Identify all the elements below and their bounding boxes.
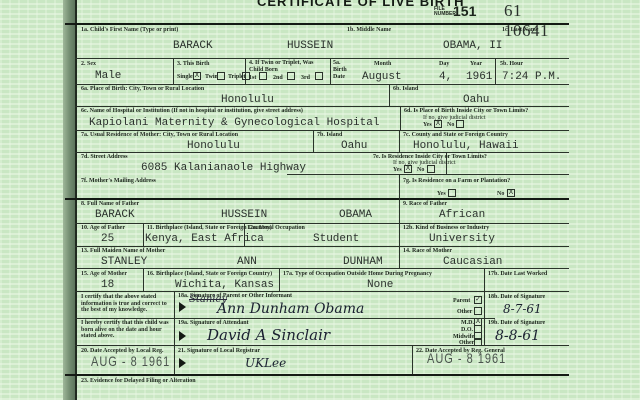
mother-birthplace-label: 16. Birthplace (Island, State or Foreign… <box>147 271 272 278</box>
third-born-checkbox[interactable] <box>315 72 323 80</box>
birth-certificate-form: CERTIFICATE OF LIVE BIRTH FILE NUMBER 15… <box>77 0 569 400</box>
vrule <box>313 130 314 152</box>
farm-label: 7g. Is Residence on a Farm or Plantation… <box>403 178 510 185</box>
rule-12 <box>75 318 495 319</box>
child-middle-name-label: 1b. Middle Name <box>347 27 391 34</box>
rule-3 <box>75 106 569 107</box>
residence-island: Oahu <box>341 140 367 152</box>
vrule <box>173 58 174 84</box>
father-middle-name: HUSSEIN <box>221 209 267 221</box>
farm-no-label: No <box>497 191 504 198</box>
residence-county: Honolulu, Hawaii <box>413 140 519 152</box>
rule-6 <box>287 174 569 175</box>
registrar-signature-label: 21. Signature of Local Registrar <box>178 348 260 355</box>
informant-other-label: Other <box>457 309 472 316</box>
twin-label: Twin <box>205 74 218 81</box>
residence-inside-no-checkbox[interactable] <box>427 165 435 173</box>
birth-no-label: No <box>447 122 454 129</box>
birth-city-label: 6a. Place of Birth: City, Town or Rural … <box>81 86 204 93</box>
father-birthplace: Kenya, East Africa <box>145 233 264 245</box>
evidence-label: 23. Evidence for Delayed Filing or Alter… <box>81 378 196 385</box>
informant-date-label: 18b. Date of Signature <box>488 294 545 301</box>
rule-4 <box>75 130 569 131</box>
registrar-arrow-icon <box>179 358 186 368</box>
mother-last-name: DUNHAM <box>343 256 383 268</box>
vrule <box>399 130 400 152</box>
rule-11 <box>75 291 569 292</box>
birth-yes-label: Yes <box>423 122 432 129</box>
date-last-worked-label: 17b. Date Last Worked <box>488 271 547 278</box>
farm-yes-checkbox[interactable] <box>448 189 456 197</box>
mother-birthplace: Wichita, Kansas <box>175 279 274 291</box>
vrule <box>330 58 331 84</box>
birth-inside-no-checkbox[interactable] <box>456 120 464 128</box>
informant-arrow-icon <box>179 302 186 312</box>
month-label: Month <box>374 61 391 68</box>
mother-occupation-label: 17a. Type of Occupation Outside Home Dur… <box>283 271 432 278</box>
hospital-label: 6c. Name of Hospital or Institution (If … <box>81 108 303 115</box>
mother-first-name: STANLEY <box>101 256 147 268</box>
mother-occupation: None <box>367 279 393 291</box>
birth-day: 4, <box>439 71 452 83</box>
second-born-checkbox[interactable] <box>287 72 295 80</box>
street-address: 6085 Kalanianaole Highway <box>141 162 306 174</box>
residence-inside-yes-checkbox[interactable]: X <box>404 165 412 173</box>
child-last-name-label: 1c. Last Name <box>502 27 539 34</box>
attendant-date-label: 19b. Date of Signature <box>488 320 545 327</box>
father-business: University <box>429 233 495 245</box>
mother-middle-name: ANN <box>237 256 257 268</box>
mother-age-label: 15. Age of Mother <box>81 271 127 278</box>
first-born-checkbox[interactable] <box>259 72 267 80</box>
father-occupation-label: 12a. Usual Occupation <box>247 225 305 232</box>
parent-label: Parent <box>453 298 470 305</box>
child-first-name-label: 1a. Child's First Name (Type or print) <box>81 27 178 34</box>
vrule <box>399 174 400 198</box>
farm-no-checkbox[interactable]: X <box>507 189 515 197</box>
vrule <box>143 268 144 291</box>
rule-8 <box>75 223 569 224</box>
birth-inside-yes-checkbox[interactable]: X <box>434 120 442 128</box>
birth-island-label: 6b. Island <box>393 86 418 93</box>
residence-island-label: 7b. Island <box>317 132 342 139</box>
birth-date-label: 5a. Birth Date <box>333 60 355 81</box>
birth-month: August <box>362 71 402 83</box>
birth-island: Oahu <box>463 94 489 106</box>
file-number: 151 <box>453 3 476 19</box>
vrule <box>400 106 401 130</box>
day-label: Day <box>439 61 449 68</box>
birth-inside-city-label: 6d. Is Place of Birth Inside City or Tow… <box>404 108 528 115</box>
single-label: Single <box>177 74 193 81</box>
vrule <box>389 84 390 106</box>
residence-no-label: No <box>417 167 424 174</box>
father-age-label: 10. Age of Father <box>81 225 125 232</box>
md-label: M.D. <box>461 320 474 327</box>
attendant-signature: David A Sinclair <box>207 326 330 344</box>
farm-yes-label: Yes <box>437 191 446 198</box>
rule-10 <box>75 268 569 269</box>
local-reg-date-stamp: AUG - 8 1961 <box>91 355 170 370</box>
vrule <box>279 268 280 291</box>
attendant-date: 8-8-61 <box>495 328 540 344</box>
mother-race: Caucasian <box>443 256 502 268</box>
third-born-label: 3rd <box>301 75 310 82</box>
mailing-address-label: 7f. Mother's Mailing Address <box>81 178 156 185</box>
this-birth-label: 3. This Birth <box>177 61 209 68</box>
rule-top <box>65 23 569 25</box>
attendant-other-label: Other <box>459 340 474 347</box>
vrule <box>412 345 413 374</box>
mother-age: 18 <box>101 279 114 291</box>
informant-other-checkbox[interactable] <box>474 307 482 315</box>
father-first-name: BARACK <box>95 209 135 221</box>
residence-city: Honolulu <box>187 140 240 152</box>
file-number-label: FILE NUMBER <box>434 7 452 17</box>
registrar-signature: UKLee <box>245 356 286 370</box>
vrule <box>143 223 144 246</box>
birth-year: 1961 <box>466 71 492 83</box>
child-last-name: OBAMA, II <box>443 40 502 52</box>
certificate-number: 61 10641 <box>504 1 569 41</box>
mother-race-label: 14. Race of Mother <box>403 248 452 255</box>
child-first-name: BARACK <box>173 40 213 52</box>
informant-certify-text: I certify that the above stated informat… <box>81 294 171 314</box>
father-name-label: 8. Full Name of Father <box>81 201 139 208</box>
residence-judicial-label: If no, give judicial district <box>393 160 455 167</box>
rule-14 <box>65 374 569 376</box>
attendant-other-checkbox[interactable] <box>474 338 482 346</box>
informant-date: 8-7-61 <box>503 302 542 316</box>
father-last-name: OBAMA <box>339 209 372 221</box>
rule-9 <box>75 246 569 247</box>
father-race-label: 9. Race of Father <box>403 201 447 208</box>
vrule <box>495 58 496 84</box>
father-race: African <box>439 209 485 221</box>
sex-value: Male <box>95 70 121 82</box>
mother-maiden-name-label: 13. Full Maiden Name of Mother <box>81 248 165 255</box>
rule-5 <box>75 152 569 153</box>
vrule <box>399 198 400 268</box>
second-born-label: 2nd <box>273 75 283 82</box>
do-label: D.O. <box>461 327 473 334</box>
single-checkbox[interactable]: X <box>193 72 201 80</box>
father-occupation: Student <box>313 233 359 245</box>
reg-general-date-stamp: AUG - 8 1961 <box>427 352 506 367</box>
sex-label: 2. Sex <box>81 61 96 68</box>
birth-city: Honolulu <box>221 94 274 106</box>
hour-label: 5b. Hour <box>500 61 523 68</box>
father-age: 25 <box>101 233 114 245</box>
attendant-arrow-icon <box>179 331 186 341</box>
residence-yes-label: Yes <box>393 167 402 174</box>
hospital-name: Kapiolani Maternity & Gynecological Hosp… <box>89 117 379 129</box>
residence-county-label: 7c. County and State or Foreign Country <box>403 132 508 139</box>
vrule <box>484 268 485 345</box>
residence-city-label: 7a. Usual Residence of Mother: City, Tow… <box>81 132 238 139</box>
vrule <box>174 291 175 374</box>
parent-checkbox[interactable]: ✓ <box>474 296 482 304</box>
informant-signature: Ann Dunham Obama <box>217 301 364 317</box>
father-business-label: 12b. Kind of Business or Industry <box>403 225 489 232</box>
birth-hour: 7:24 P.M. <box>502 71 561 83</box>
rule-7 <box>65 198 569 200</box>
rule-13 <box>75 345 569 346</box>
birth-judicial-label: If no, give judicial district <box>423 115 485 122</box>
street-address-label: 7d. Street Address <box>81 154 128 161</box>
child-middle-name: HUSSEIN <box>287 40 333 52</box>
rule-2 <box>75 84 569 85</box>
attendant-certify-text: I hereby certify that this child was bor… <box>81 320 171 340</box>
first-born-label: 1st <box>249 75 256 82</box>
year-label: Year <box>470 61 482 68</box>
twin-checkbox[interactable] <box>217 72 225 80</box>
